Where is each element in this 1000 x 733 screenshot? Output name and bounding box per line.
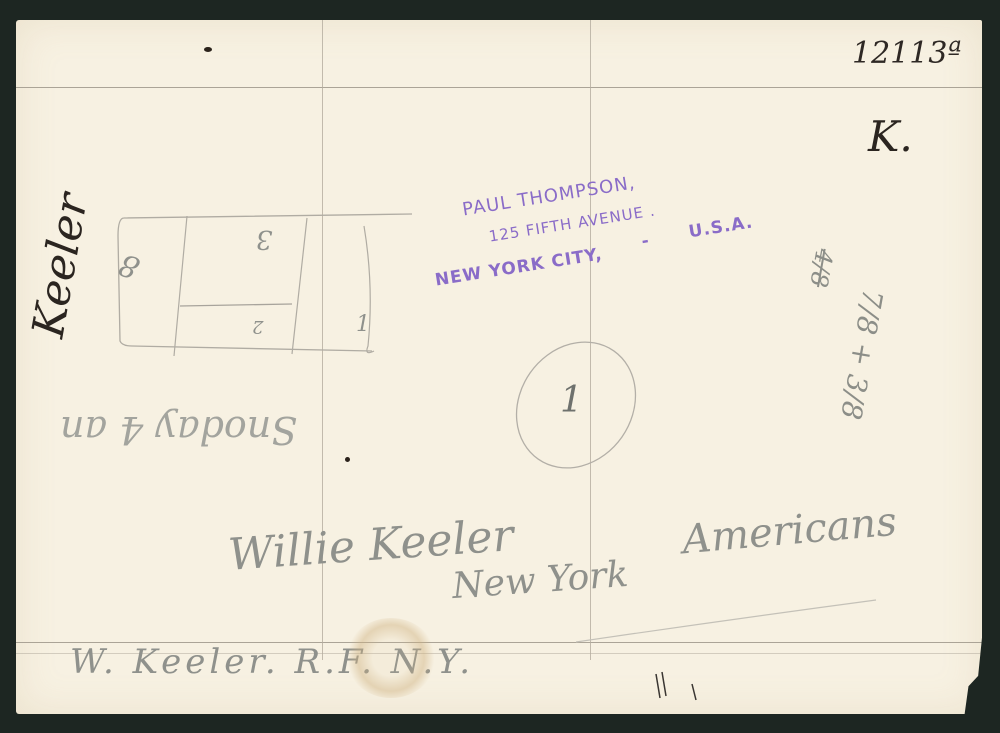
ink-speck-top: [204, 47, 212, 52]
crop-box-number-1: 1: [356, 312, 370, 337]
upside-down-note: Snoday 4 an: [60, 408, 297, 452]
ink-speck-middle: [345, 457, 350, 462]
pencil-underline-stroke: [576, 580, 896, 650]
photo-back-paper: 3 2 1 8 PAUL THOMPSON, 125 FIFTH AVENUE …: [16, 20, 982, 714]
crop-box-number-3: 3: [256, 224, 273, 254]
photographer-stamp: PAUL THOMPSON, 125 FIFTH AVENUE . NEW YO…: [422, 143, 790, 336]
pencil-hash-mark: [650, 670, 710, 710]
crossed-out-measurement: 4/8: [804, 247, 838, 290]
vertical-name-keeler: Keeler: [23, 190, 98, 342]
crop-box-number-2: 2: [252, 316, 263, 337]
circled-number-oval: [506, 330, 646, 480]
water-stain: [346, 618, 436, 698]
rotated-measurement: 7/8 + 3/8: [834, 287, 889, 422]
caption-americans: Americans: [680, 499, 898, 564]
photo-reference-number: 12113ª: [852, 36, 962, 71]
top-rule-line: [16, 87, 982, 88]
filing-letter-k: K.: [868, 112, 913, 161]
stamp-dash: -: [640, 231, 651, 252]
stamp-line-3: NEW YORK CITY,: [434, 244, 604, 290]
stamp-country: U.S.A.: [687, 212, 754, 242]
